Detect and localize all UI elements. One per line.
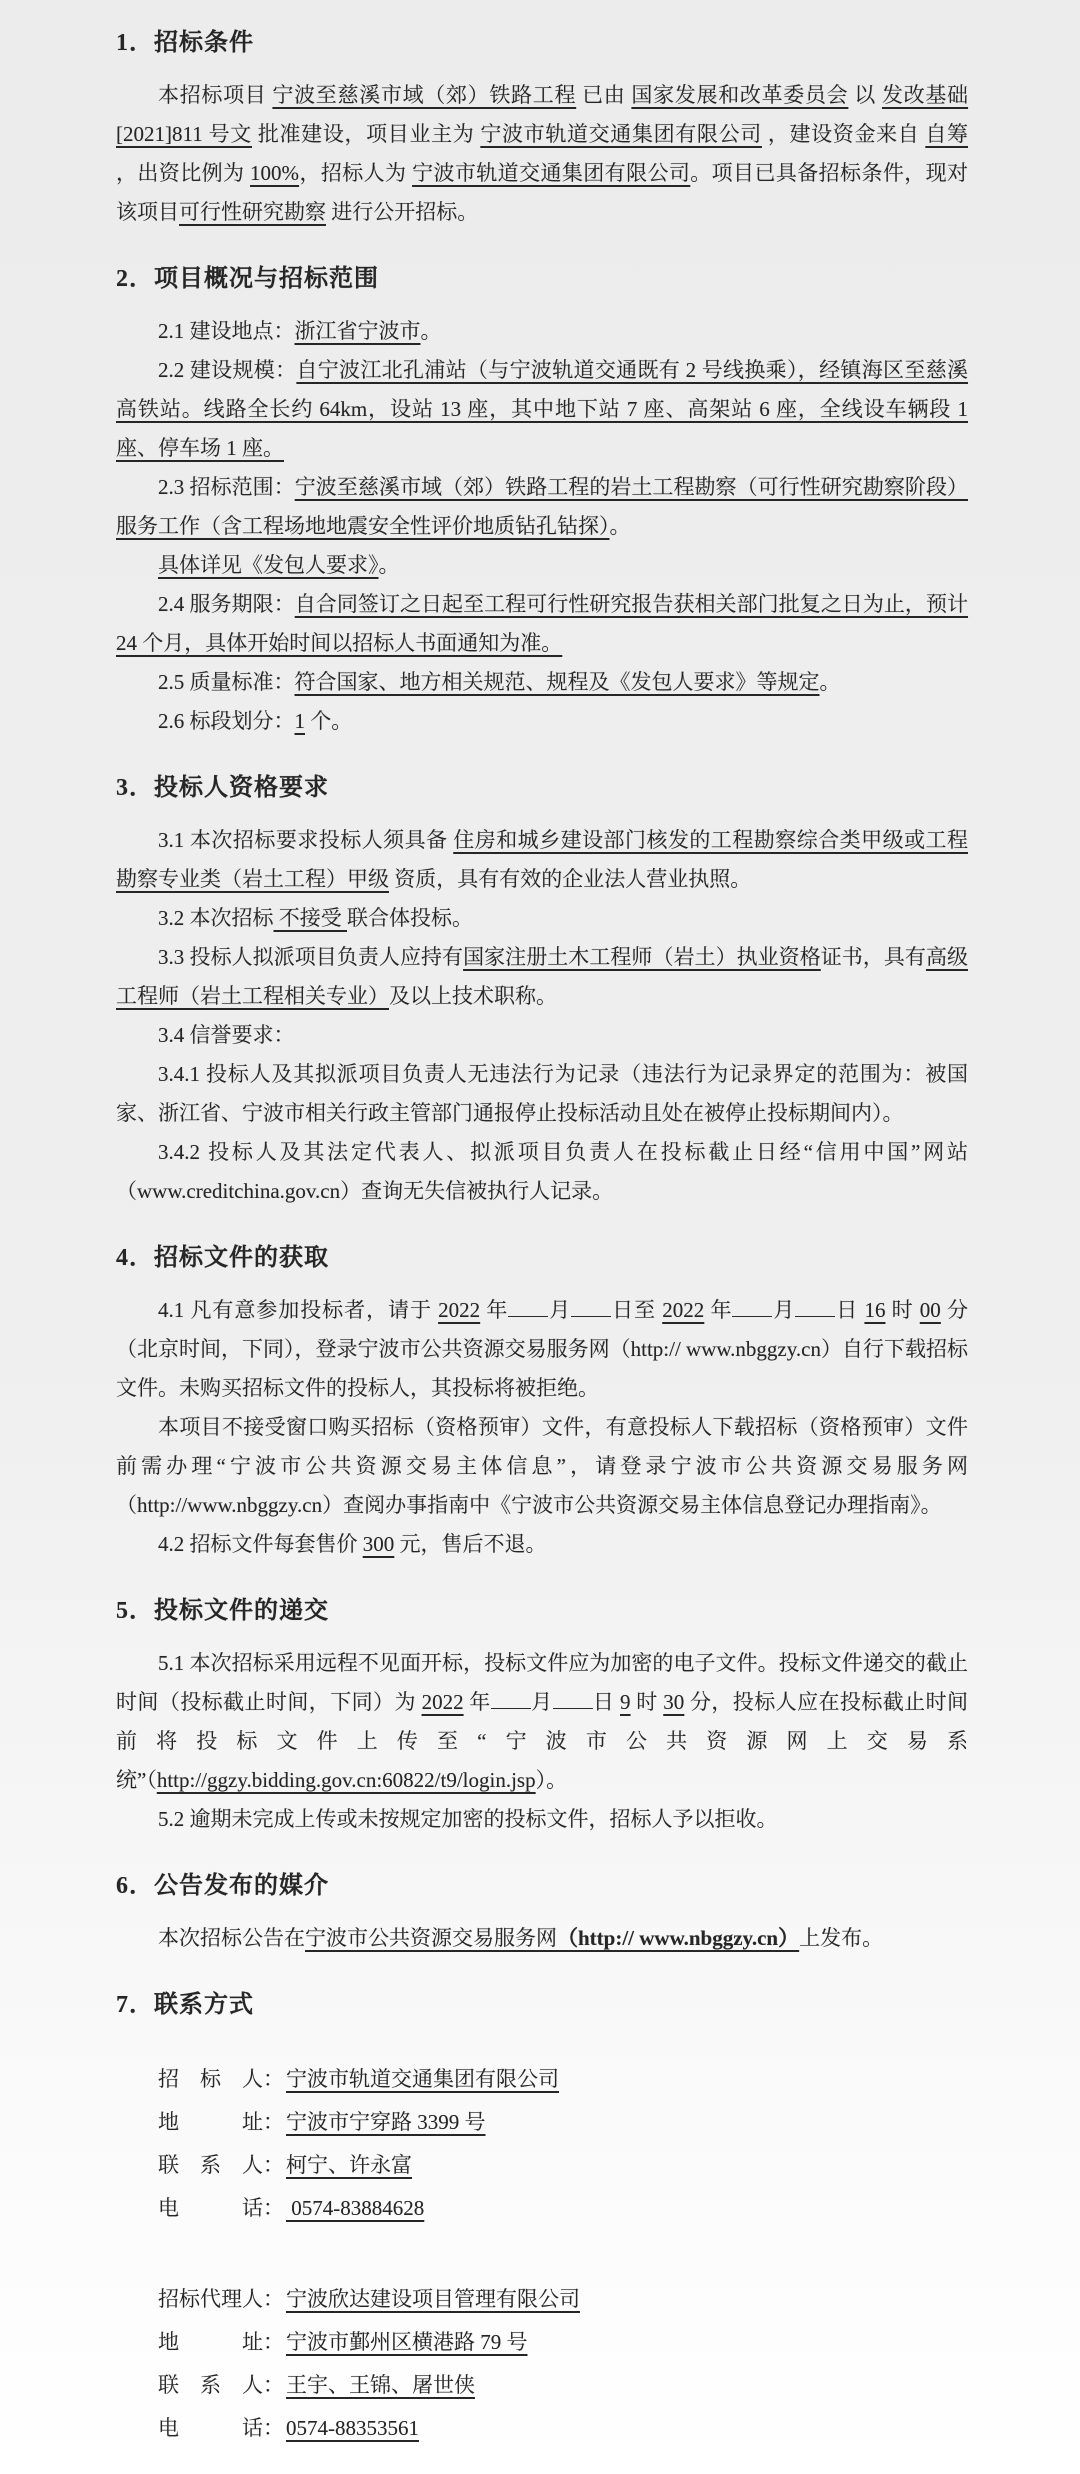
blank-fill-day [571,1314,611,1317]
blank-fill-month [508,1314,548,1317]
contact-colon: ： [263,2287,284,2311]
text-segment: 本次招标公告在 [158,1926,305,1950]
text-segment: 3.4.1 投标人及其拟派项目负责人无违法行为记录（违法行为记录界定的范围为：被… [116,1062,968,1125]
contact-row-address: 地址：宁波市鄞州区横港路 79 号 [158,2321,968,2364]
contact-colon: ： [263,2067,284,2091]
filled-value-project-name: 宁波至慈溪市域（郊）铁路工程 [272,83,576,107]
text-segment: 月 [548,1298,571,1322]
text-segment: 及以上技术职称。 [389,984,557,1008]
filled-value-hour: 16 [864,1298,885,1322]
contact-row-person: 联系人：王宇、王锦、屠世侠 [158,2364,968,2407]
text-segment: 资质，具有有效的企业法人营业执照。 [389,867,751,891]
text-segment: 以 [848,83,882,107]
text-segment: 4.2 招标文件每套售价 [158,1532,363,1556]
text-segment: 年 [480,1298,508,1322]
section-1-paragraph: 本招标项目 宁波至慈溪市域（郊）铁路工程 已由 国家发展和改革委员会 以 发改基… [116,76,968,232]
text-segment: 3.4.2 投标人及其法定代表人、拟派项目负责人在投标截止日经“信用中国”网站（… [116,1140,968,1203]
clause-2-1: 2.1 建设地点：浙江省宁波市。 [116,312,968,351]
filled-value-minute: 00 [920,1298,941,1322]
contact-value-address: 宁波市宁穿路 3399 号 [286,2110,486,2134]
blank-fill-month [732,1314,772,1317]
filled-value-approval-authority: 国家发展和改革委员会 [631,83,848,107]
clause-5-1: 5.1 本次招标采用远程不见面开标，投标文件应为加密的电子文件。投标文件递交的截… [116,1644,968,1800]
filled-value-tenderer-name: 宁波市轨道交通集团有限公司 [412,161,690,185]
filled-value-pm-certificate: 国家注册土木工程师（岩土）执业资格 [463,945,821,969]
contact-colon: ： [263,2110,284,2134]
contact-label: 招标代理人 [158,2278,263,2321]
section-3-heading: 3．投标人资格要求 [116,771,968,805]
blank-fill-month [491,1706,531,1709]
filled-value-see-employer-requirements: 具体详见《发包人要求》 [158,553,379,577]
text-segment: 年 [704,1298,732,1322]
section-5-heading: 5．投标文件的递交 [116,1594,968,1628]
tender-announcement-page: 1．招标条件 本招标项目 宁波至慈溪市域（郊）铁路工程 已由 国家发展和改革委员… [0,0,1080,2474]
text-segment: 5.2 逾期未完成上传或未按规定加密的投标文件，招标人予以拒收。 [158,1807,778,1831]
text-segment: ）。 [536,1768,568,1792]
clause-3-4-2: 3.4.2 投标人及其法定代表人、拟派项目负责人在投标截止日经“信用中国”网站（… [116,1133,968,1211]
text-segment: 2.1 建设地点： [158,319,295,343]
text-segment: ，建设资金来自 [762,122,925,146]
text-segment: 3.1 本次招标要求投标人须具备 [158,828,453,852]
clause-5-2: 5.2 逾期未完成上传或未按规定加密的投标文件，招标人予以拒收。 [116,1800,968,1839]
text-segment: 日至 [611,1298,662,1322]
contact-colon: ： [263,2373,284,2397]
filled-value-fund-source: 自筹 [925,122,968,146]
clause-3-2: 3.2 本次招标 不接受 联合体投标。 [116,899,968,938]
section-1-heading: 1．招标条件 [116,26,968,60]
contact-value-tenderer-name: 宁波市轨道交通集团有限公司 [286,2067,559,2091]
text-segment: 证书，具有 [821,945,926,969]
section-2-heading: 2．项目概况与招标范围 [116,262,968,296]
clause-2-6: 2.6 标段划分：1 个。 [116,702,968,741]
section-7-heading: 7．联系方式 [116,1988,968,2022]
clause-2-4: 2.4 服务期限：自合同签订之日起至工程可行性研究报告获相关部门批复之日为止，预… [116,585,968,663]
text-segment: 本招标项目 [158,83,272,107]
clause-3-4-1: 3.4.1 投标人及其拟派项目负责人无违法行为记录（违法行为记录界定的范围为：被… [116,1055,968,1133]
section-6-heading: 6．公告发布的媒介 [116,1869,968,1903]
clause-2-3: 2.3 招标范围：宁波至慈溪市域（郊）铁路工程的岩土工程勘察（可行性研究勘察阶段… [116,468,968,546]
filled-value-deadline-minute: 30 [663,1690,684,1714]
contact-row-address: 地址：宁波市宁穿路 3399 号 [158,2101,968,2144]
clause-2-3-note: 具体详见《发包人要求》。 [116,546,968,585]
agent-contact-block: 招标代理人：宁波欣达建设项目管理有限公司 地址：宁波市鄞州区横港路 79 号 联… [158,2278,968,2450]
tenderer-contact-block: 招标人：宁波市轨道交通集团有限公司 地址：宁波市宁穿路 3399 号 联系人：柯… [158,2058,968,2230]
contact-colon: ： [263,2153,284,2177]
filled-value-quality-standard: 符合国家、地方相关规范、规程及《发包人要求》等规定 [295,670,820,694]
contact-row-person: 联系人：柯宁、许永富 [158,2144,968,2187]
filled-value-upload-system-url: http://ggzy.bidding.gov.cn:60822/t9/logi… [157,1768,536,1792]
filled-value-deadline-year: 2022 [422,1690,464,1714]
contact-label: 电话 [158,2407,263,2450]
clause-2-2: 2.2 建设规模：自宁波江北孔浦站（与宁波轨道交通既有 2 号线换乘），经镇海区… [116,351,968,468]
clause-4-1-note: 本项目不接受窗口购买招标（资格预审）文件，有意投标人下载招标（资格预审）文件前需… [116,1408,968,1525]
text-segment: 2.2 建设规模： [158,358,296,382]
contact-row-agent: 招标代理人：宁波欣达建设项目管理有限公司 [158,2278,968,2321]
blank-fill-day [795,1314,835,1317]
text-segment: 月 [531,1690,553,1714]
filled-value-location: 浙江省宁波市 [295,319,421,343]
text-segment: 日 [593,1690,621,1714]
text-segment: 元，售后不退。 [394,1532,546,1556]
clause-3-3: 3.3 投标人拟派项目负责人应持有国家注册土木工程师（岩土）执业资格证书，具有高… [116,938,968,1016]
text-segment: 已由 [576,83,631,107]
clause-4-1: 4.1 凡有意参加投标者，请于 2022 年月日至 2022 年月日 16 时 … [116,1291,968,1408]
contact-colon: ： [263,2330,284,2354]
text-segment: 进行公开招标。 [326,200,478,224]
contact-row-phone: 电话： 0574-83884628 [158,2187,968,2230]
contact-colon: ： [263,2416,284,2440]
text-segment: 。 [379,553,400,577]
contact-colon: ： [263,2196,284,2220]
blank-fill-day [553,1706,593,1709]
text-segment: 联合体投标。 [347,906,473,930]
contact-label: 联系人 [158,2364,263,2407]
text-segment: 2.4 服务期限： [158,592,295,616]
text-segment: 。 [421,319,442,343]
contact-row-tenderer: 招标人：宁波市轨道交通集团有限公司 [158,2058,968,2101]
clause-4-2: 4.2 招标文件每套售价 300 元，售后不退。 [116,1525,968,1564]
text-segment: 本项目不接受窗口购买招标（资格预审）文件，有意投标人下载招标（资格预审）文件前需… [116,1415,968,1517]
text-segment: ，出资比例为 [116,161,250,185]
text-segment: 2.3 招标范围： [158,475,295,499]
text-segment: 时 [885,1298,919,1322]
contact-value-address: 宁波市鄞州区横港路 79 号 [286,2330,528,2354]
filled-value-lot-count: 1 [295,709,306,733]
contact-value-person: 王宇、王锦、屠世侠 [286,2373,475,2397]
text-segment: 4.1 凡有意参加投标者，请于 [158,1298,438,1322]
filled-value-consortium-not-accepted: 不接受 [274,906,348,930]
text-segment: 。 [820,670,841,694]
text-segment: ，招标人为 [299,161,412,185]
text-segment: 月 [772,1298,795,1322]
text-segment: 。 [610,514,631,538]
contact-label: 电话 [158,2187,263,2230]
text-segment: 2.6 标段划分： [158,709,295,733]
text-segment: 3.4 信誉要求： [158,1023,295,1047]
contact-value-person: 柯宁、许永富 [286,2153,412,2177]
contact-value-phone: 0574-88353561 [286,2416,419,2440]
clause-3-1: 3.1 本次招标要求投标人须具备 住房和城乡建设部门核发的工程勘察综合类甲级或工… [116,821,968,899]
filled-value-project-owner: 宁波市轨道交通集团有限公司 [480,122,762,146]
contact-label: 地址 [158,2321,263,2364]
filled-value-tender-subject: 可行性研究勘察 [179,200,326,224]
text-segment: 年 [464,1690,491,1714]
text-segment: 3.3 投标人拟派项目负责人应持有 [158,945,463,969]
text-segment: 2.5 质量标准： [158,670,295,694]
clause-2-5: 2.5 质量标准：符合国家、地方相关规范、规程及《发包人要求》等规定。 [116,663,968,702]
text-segment: 日 [835,1298,864,1322]
filled-value-fund-ratio: 100% [250,161,299,185]
contact-value-agent-name: 宁波欣达建设项目管理有限公司 [286,2287,580,2311]
filled-value-announcement-site: 宁波市公共资源交易服务网 [305,1926,557,1950]
filled-value-document-price: 300 [363,1532,395,1556]
contact-label: 联系人 [158,2144,263,2187]
contact-label: 招标人 [158,2058,263,2101]
clause-6-1: 本次招标公告在宁波市公共资源交易服务网（http:// www.nbggzy.c… [116,1919,968,1958]
text-segment: 上发布。 [799,1926,883,1950]
text-segment: 批准建设，项目业主为 [252,122,480,146]
filled-value-announcement-site-url: （http:// www.nbggzy.cn） [557,1926,799,1950]
filled-value-start-year: 2022 [438,1298,480,1322]
section-4-heading: 4．招标文件的获取 [116,1241,968,1275]
contact-label: 地址 [158,2101,263,2144]
contact-row-phone: 电话：0574-88353561 [158,2407,968,2450]
filled-value-end-year: 2022 [662,1298,704,1322]
contact-value-phone: 0574-83884628 [286,2196,424,2220]
clause-3-4: 3.4 信誉要求： [116,1016,968,1055]
filled-value-deadline-hour: 9 [620,1690,631,1714]
text-segment: 3.2 本次招标 [158,906,274,930]
text-segment: 时 [631,1690,664,1714]
text-segment: 个。 [305,709,352,733]
